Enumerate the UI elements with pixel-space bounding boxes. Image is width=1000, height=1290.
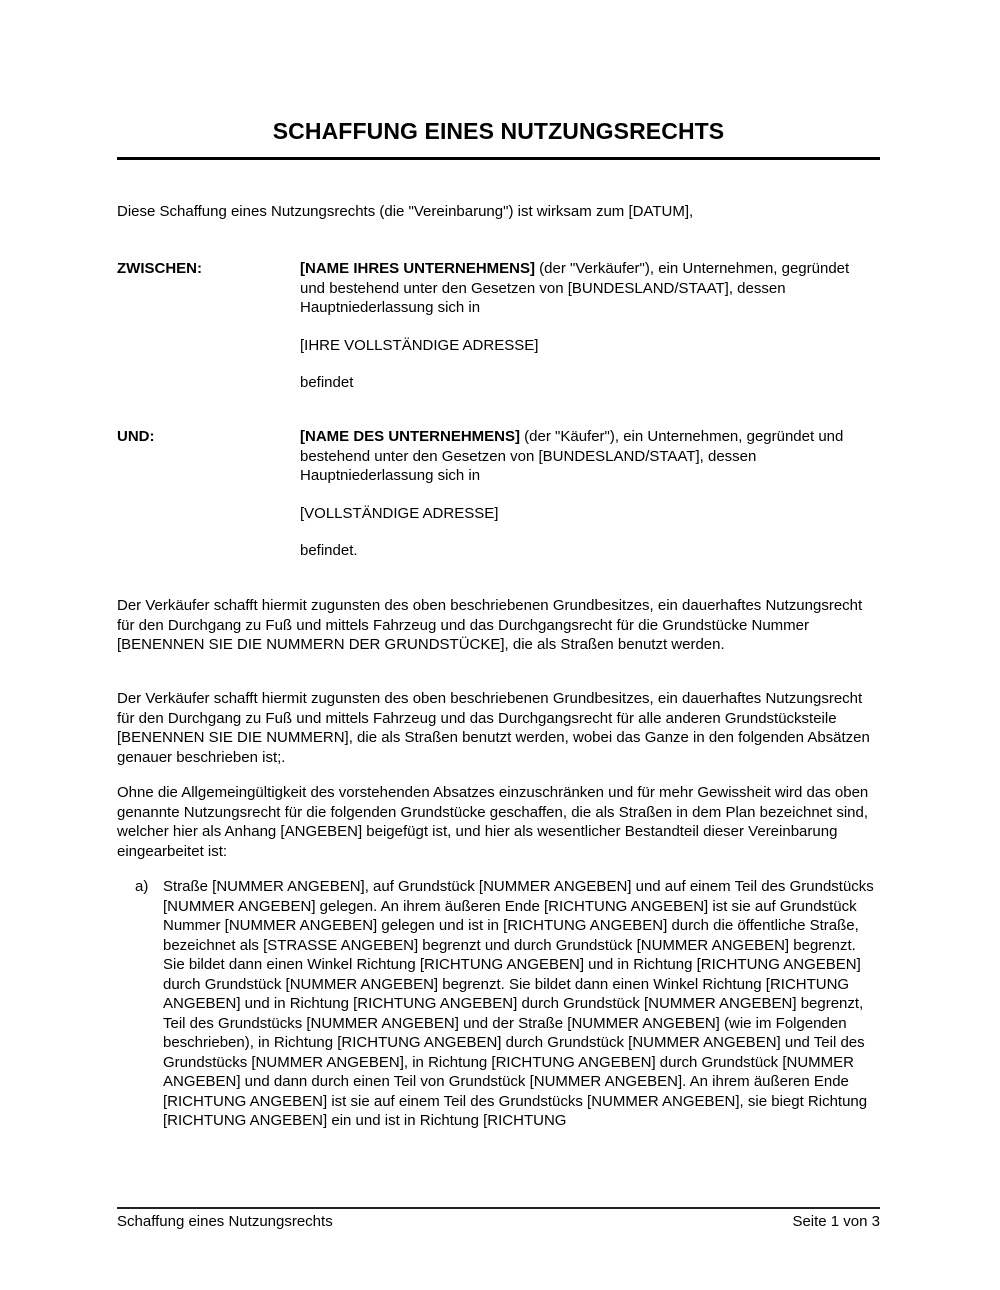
list-text: Straße [NUMMER ANGEBEN], auf Grundstück … xyxy=(163,877,880,1131)
party-address: [IHRE VOLLSTÄNDIGE ADRESSE] xyxy=(300,336,870,356)
party-name: [NAME IHRES UNTERNEHMENS] xyxy=(300,260,535,277)
footer-title: Schaffung eines Nutzungsrechts xyxy=(117,1213,333,1230)
party-label: UND: xyxy=(117,427,155,447)
party-address: [VOLLSTÄNDIGE ADRESSE] xyxy=(300,504,870,524)
body-paragraph: Der Verkäufer schafft hiermit zugunsten … xyxy=(117,596,880,655)
party-description: [NAME IHRES UNTERNEHMENS] (der "Verkäufe… xyxy=(300,259,870,318)
party-description: [NAME DES UNTERNEHMENS] (der "Käufer"), … xyxy=(300,427,870,486)
party-located: befindet. xyxy=(300,541,870,561)
document-title: SCHAFFUNG EINES NUTZUNGSRECHTS xyxy=(117,116,880,146)
body-paragraph: Der Verkäufer schafft hiermit zugunsten … xyxy=(117,689,880,767)
body-paragraph: Ohne die Allgemeingültigkeit des vorsteh… xyxy=(117,783,880,861)
page-number: Seite 1 von 3 xyxy=(792,1213,880,1230)
title-divider xyxy=(117,157,880,160)
list-marker: a) xyxy=(135,877,148,897)
party-located: befindet xyxy=(300,373,870,393)
party-label: ZWISCHEN: xyxy=(117,259,202,279)
party-body: [NAME IHRES UNTERNEHMENS] (der "Verkäufe… xyxy=(300,259,870,393)
party-body: [NAME DES UNTERNEHMENS] (der "Käufer"), … xyxy=(300,427,870,561)
intro-paragraph: Diese Schaffung eines Nutzungsrechts (di… xyxy=(117,202,880,222)
party-name: [NAME DES UNTERNEHMENS] xyxy=(300,428,520,445)
footer-divider xyxy=(117,1207,880,1209)
